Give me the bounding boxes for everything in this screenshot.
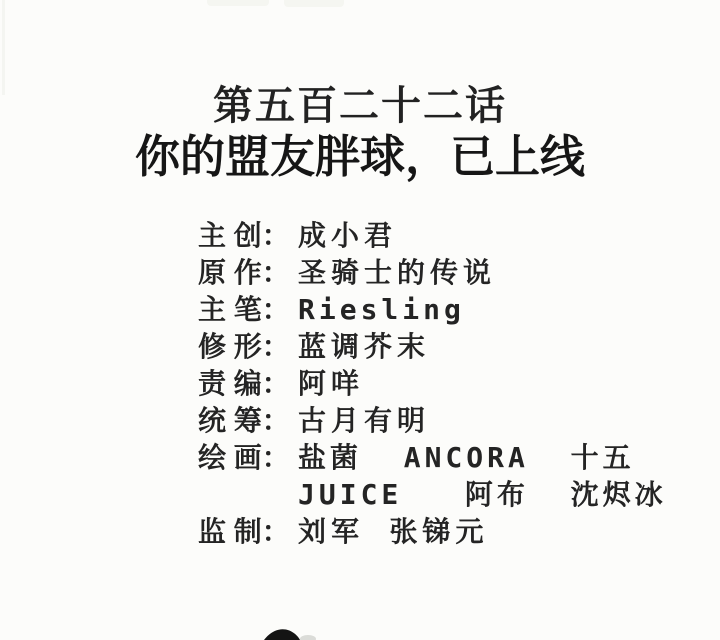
credit-person-value: JUICE 阿布 沈烬冰 [298,476,667,513]
credit-row-original-work: 原 作： 圣骑士的传说 [198,254,667,291]
credit-person-value: Riesling [298,291,465,328]
credit-row-lead-artist: 主 笔： Riesling [198,291,667,328]
credit-role-label: 修 形： [198,328,298,365]
credit-person-value: 蓝调芥末 [298,328,430,365]
credit-role-label: 主 创： [198,217,298,254]
credit-row-editor: 责 编： 阿咩 [198,365,667,402]
credit-role-label: 监 制： [198,513,298,550]
credit-row-supervisors: 监 制： 刘军 张锑元 [198,513,667,550]
credit-role-label: 责 编： [198,365,298,402]
left-edge-artifact [2,0,5,95]
manga-credits-page: 第五百二十二话 你的盟友胖球，已上线 主 创： 成小君 原 作： 圣骑士的传说 … [0,0,720,640]
credit-row-retouch: 修 形： 蓝调芥末 [198,328,667,365]
credit-row-creator: 主 创： 成小君 [198,217,667,254]
credit-person-value: 古月有明 [298,402,430,439]
credit-role-label: 原 作： [198,254,298,291]
credit-row-coordinator: 统 筹： 古月有明 [198,402,667,439]
credit-person-value: 刘军 张锑元 [298,513,489,550]
credit-role-label: 主 笔： [198,291,298,328]
credit-person-value: 盐菌 ANCORA 十五 [298,439,635,476]
credit-row-illustrators-line2: JUICE 阿布 沈烬冰 [198,476,667,513]
credit-role-label: 统 筹： [198,402,298,439]
top-edge-artifact [207,0,269,6]
cutoff-illustration-fragment [262,628,322,640]
credit-person-value: 阿咩 [298,365,364,402]
credit-person-value: 圣骑士的传说 [298,254,496,291]
credit-role-label: 绘 画： [198,439,298,476]
chapter-number: 第五百二十二话 [0,84,720,128]
credit-person-value: 成小君 [298,217,397,254]
title-block: 第五百二十二话 你的盟友胖球，已上线 [0,84,720,179]
credit-row-illustrators-line1: 绘 画： 盐菌 ANCORA 十五 [198,439,667,476]
chapter-title: 你的盟友胖球，已上线 [0,134,720,179]
credits-list: 主 创： 成小君 原 作： 圣骑士的传说 主 笔： Riesling 修 形： … [198,217,667,550]
top-edge-artifact [284,0,344,7]
